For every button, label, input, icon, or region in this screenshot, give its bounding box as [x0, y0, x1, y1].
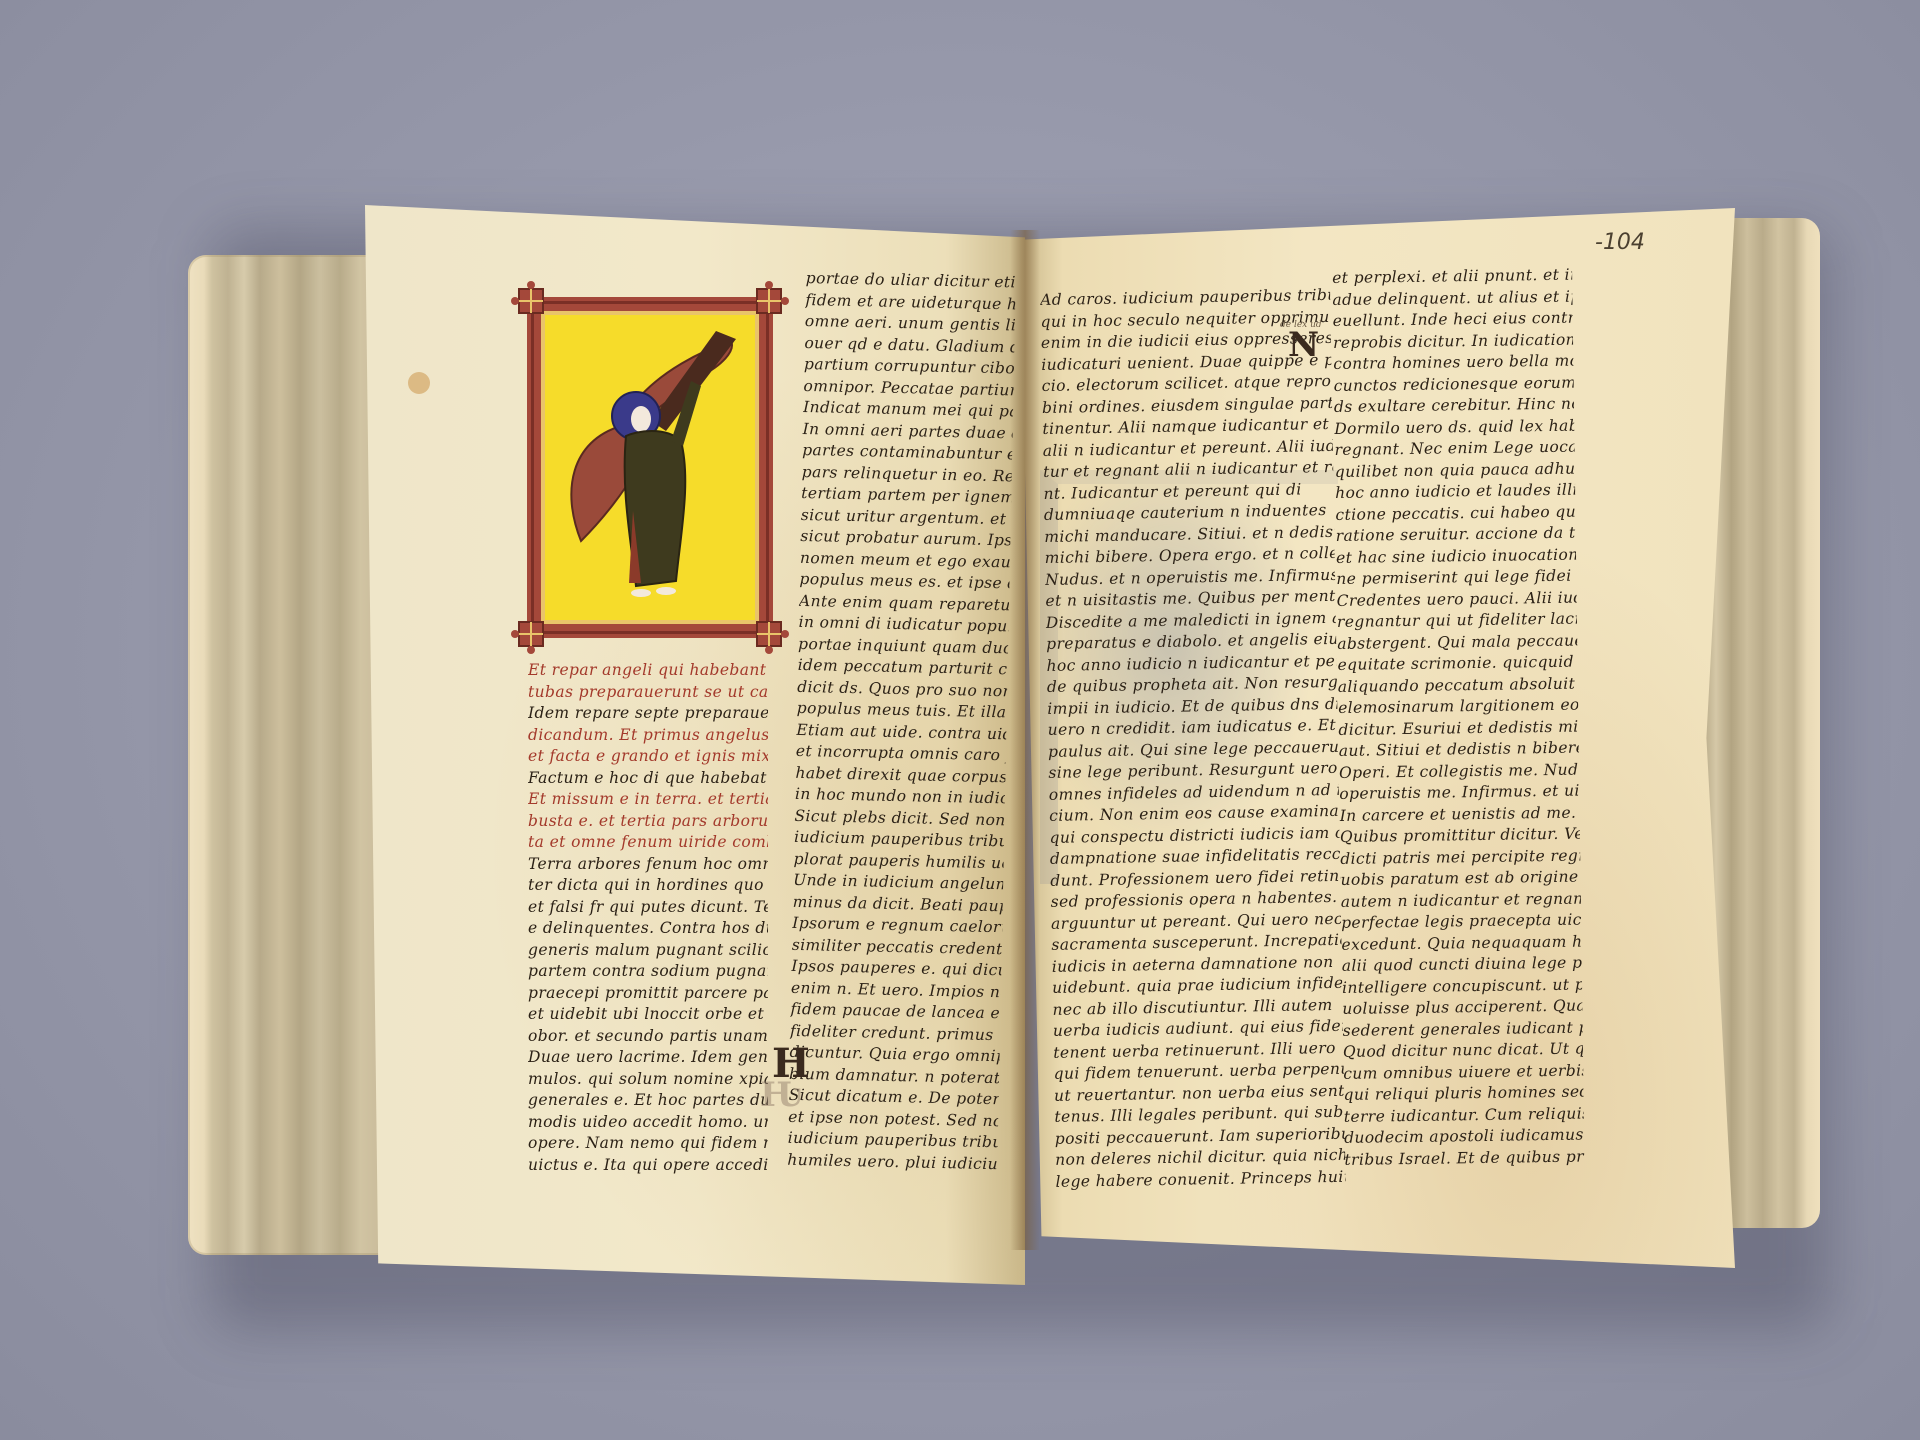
manuscript-text-line: et perplexi. et alii pnunt. et in: [1332, 265, 1572, 290]
marginal-initial-n: N: [1288, 325, 1319, 365]
manuscript-text-line: regnant. Nec enim Lege uocari e potest: [1334, 437, 1574, 462]
faint-marginal-initial: Ƕ: [760, 1075, 802, 1115]
interlace-knot-icon: [749, 281, 789, 321]
manuscript-text-line: equitate scrimonie. quicquid iudicatur: [1337, 652, 1577, 677]
manuscript-text-line: ds exultare cerebitur. Hinc nobis: [1334, 394, 1574, 419]
manuscript-text-line: generis malum pugnant scilicet hoc que: [528, 940, 768, 962]
manuscript-text-line: et facta e grando et ignis mixtus in san…: [528, 746, 768, 768]
manuscript-text-line: alii quod cuncti diuina lege perfecere: [1342, 953, 1582, 978]
manuscript-text-line: Quod dicitur nunc dicat. Ut qui relique: [1343, 1039, 1583, 1064]
right-page-right-text-column: et perplexi. et alii pnunt. et inadue de…: [1332, 265, 1585, 1171]
manuscript-text-line: tribus Israel. Et de quibus propheta ait…: [1344, 1146, 1584, 1171]
manuscript-text-line: mulos. qui solum nomine xpiani e opere u…: [528, 1069, 768, 1091]
manuscript-text-line: uictus e. Ita qui opere accedit. ubomi: [528, 1155, 768, 1177]
manuscript-text-line: e delinquentes. Contra hos duae partes: [528, 918, 768, 940]
angel-with-trumpet-icon: [541, 311, 759, 624]
manuscript-text-line: operuistis me. Infirmus. et uisitastis m…: [1339, 781, 1579, 806]
left-page-lower-text-column: Et repar angeli qui habebant repamtubas …: [528, 660, 768, 1176]
manuscript-text-line: partem contra sodium pugnant. Sic di: [528, 961, 768, 983]
illuminated-miniature: [515, 285, 785, 650]
manuscript-text-line: uobis paratum est ab origine mundi. Alii: [1340, 867, 1580, 892]
manuscript-text-line: regnantur qui ut fideliter lacrimas: [1337, 609, 1577, 634]
manuscript-text-line: contra homines uero bella mouet. Ire: [1333, 351, 1573, 376]
manuscript-text-line: praecepi promittit parcere partem: [528, 983, 768, 1005]
manuscript-text-line: perfectae legis praecepta uicerunt: [1341, 910, 1581, 935]
manuscript-text-line: ter dicta qui in hordines quo idem scili…: [528, 875, 768, 897]
marginal-note: de lex ud: [1280, 320, 1322, 330]
manuscript-text-line: uoluisse plus acciperent. Quare: [1342, 996, 1582, 1021]
interlace-knot-icon: [749, 614, 789, 654]
left-page-block-edge: [188, 255, 388, 1255]
manuscript-text-line: hoc anno iudicio et laudes illi inue-: [1335, 480, 1575, 505]
manuscript-text-line: Duae uero lacrime. Idem generales et xpi…: [528, 1047, 768, 1069]
interlace-knot-icon: [511, 281, 551, 321]
manuscript-text-line: busta e. et tertia pars arborum combus-: [528, 811, 768, 833]
manuscript-text-line: Terra arbores fenum hoc omne unum e. Id …: [528, 854, 768, 876]
manuscript-text-line: ratione seruitur. accione da tribulat: [1336, 523, 1576, 548]
manuscript-text-line: elemosinarum largitionem eorum ut: [1338, 695, 1578, 720]
manuscript-text-line: modis uideo accedit homo. una fide alia: [528, 1112, 768, 1134]
manuscript-text-line: Quibus promittitur dicitur. Venite bene-: [1340, 824, 1580, 849]
manuscript-text-line: tubas preparauerunt se ut canerent: [528, 682, 768, 704]
left-page-right-text-column: portae do uliar dicitur etiam n in ipsum…: [787, 268, 1016, 1175]
manuscript-text-line: humiles uero. plui iudicium liberos: [787, 1149, 997, 1175]
parchment-stain: [408, 372, 430, 394]
folio-number: -104: [1595, 230, 1645, 255]
manuscript-text-line: Et missum e in terra. et tertia pars ter…: [528, 789, 768, 811]
manuscript-text-line: dicandum. Et primus angelus tuba cecinit: [528, 725, 768, 747]
manuscript-text-line: Factum e hoc di que habebat in se mulier…: [528, 768, 768, 790]
manuscript-text-line: ta et omne fenum uiride combustum est.: [528, 832, 768, 854]
manuscript-text-line: euellunt. Inde heci eius contrariam: [1333, 308, 1573, 333]
manuscript-text-line: generales e. Et hoc partes duae e. et du…: [528, 1090, 768, 1112]
manuscript-text-line: et uidebit ubi lnoccit orbe et terre: [528, 1004, 768, 1026]
manuscript-text-line: obor. et secundo partis unam liberatur.: [528, 1026, 768, 1048]
manuscript-text-line: Et repar angeli qui habebant repam: [528, 660, 768, 682]
interlace-knot-icon: [511, 614, 551, 654]
manuscript-text-line: aut. Sitiui et dedistis n bibere.: [1339, 738, 1579, 763]
manuscript-text-line: duodecim apostoli iudicamus duodecim: [1344, 1125, 1584, 1150]
book-gutter: [1010, 230, 1040, 1250]
manuscript-text-line: opere. Nam nemo qui fidem non habet uide…: [528, 1133, 768, 1155]
manuscript-text-line: ne permiserint qui lege fidei n obseruan…: [1336, 566, 1576, 591]
right-page-left-text-column: Ad caros. iudicium pauperibus tribuit. q…: [1040, 285, 1346, 1193]
manuscript-text-line: Idem repare septe preparauerunt se ad pr…: [528, 703, 768, 725]
manuscript-text-line: et falsi fr qui putes dicunt. Terram: [528, 897, 768, 919]
miniature-frame: [527, 297, 773, 638]
manuscript-text-line: qui reliqui pluris homines sedere: [1343, 1082, 1583, 1107]
